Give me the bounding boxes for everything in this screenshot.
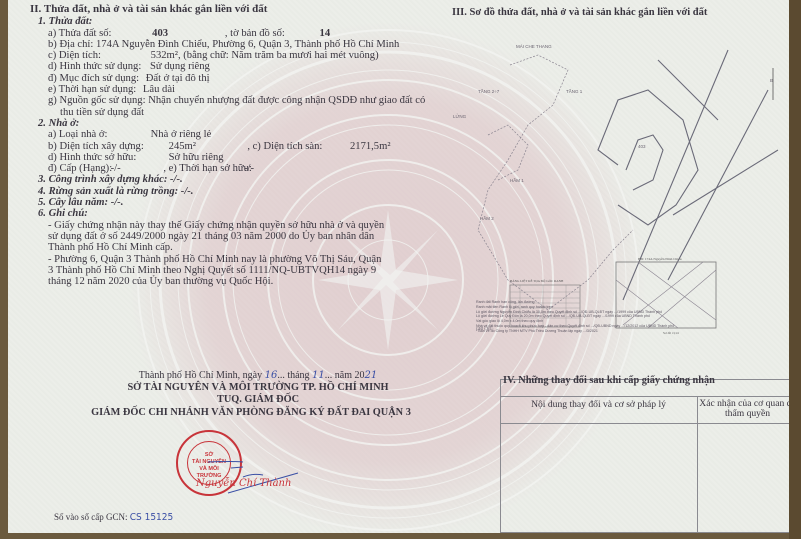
house-type-value: Nhà ở riêng lẻ <box>151 129 212 140</box>
ownership-term-value: -/- <box>244 163 254 174</box>
ownership-row: d) Hình thức sở hữu: Sở hữu riêng <box>30 152 410 163</box>
label-mezzanine: LỬNG <box>453 113 467 119</box>
build-area-label: b) Diện tích xây dựng: <box>48 141 166 152</box>
section-2-land-house: II. Thửa đất, nhà ở và tài sản khác gắn … <box>30 4 410 287</box>
production-forest: 4. Rừng sản xuất là rừng trồng: -/-. <box>30 186 410 197</box>
map-sheet-number: 14 <box>288 28 331 39</box>
floor-area-value: 2171,5m² <box>350 141 391 152</box>
label-floor-2-7: TẦNG 2÷7 <box>478 88 500 94</box>
parcel-number: 403 <box>114 28 222 39</box>
floor-area-label: , c) Diện tích sàn: <box>247 141 347 152</box>
other-construction: 3. Công trình xây dựng khác: -/-. <box>30 174 410 185</box>
label-basement-1: HẦM 1 <box>510 177 524 183</box>
perennial-trees: 5. Cây lâu năm: -/-. <box>30 197 410 208</box>
section-4-title: IV. Những thay đổi sau khi cấp giấy chứn… <box>503 375 715 386</box>
origin-continued: thu tiền sử dụng đất <box>30 107 410 118</box>
month-handwritten: 11 <box>312 370 325 381</box>
changes-col-content: Nội dung thay đổi và cơ sở pháp lý <box>501 397 696 410</box>
place-date: Thành phố Hồ Chí Minh, ngày 16... tháng … <box>88 370 428 382</box>
purpose-label: đ) Mục đích sử dụng: <box>48 73 139 84</box>
section-3-title: III. Sơ đồ thửa đất, nhà ở và tài sản kh… <box>452 7 707 18</box>
area-value: 532m², (bằng chữ: Năm trăm ba mươi hai m… <box>151 50 379 61</box>
area-row: c) Diện tích: 532m², (bằng chữ: Năm trăm… <box>30 50 410 61</box>
changes-table: Nội dung thay đổi và cơ sở pháp lý Xác n… <box>500 379 792 533</box>
signature-scrawl <box>183 455 303 495</box>
table-edge <box>789 0 801 539</box>
notes-heading: 6. Ghi chú: <box>30 208 410 219</box>
term-row: e) Thời hạn sử dụng: Lâu dài <box>30 84 410 95</box>
serial-number: CS 15125 <box>130 512 173 523</box>
term-value: Lâu dài <box>139 84 175 95</box>
origin-row: g) Nguồn gốc sử dụng: Nhận chuyển nhượng… <box>30 95 410 106</box>
diagram-legend-notes: Ranh đất Ranh hạn công, lấn đường Ranh m… <box>476 300 792 334</box>
house-type-row: a) Loại nhà ở: Nhà ở riêng lẻ <box>30 129 410 140</box>
section-2-title: II. Thửa đất, nhà ở và tài sản khác gắn … <box>30 4 410 15</box>
address-row: b) Địa chỉ: 174A Nguyễn Đình Chiểu, Phườ… <box>30 39 410 50</box>
signer-position: GIÁM ĐỐC CHI NHÁNH VĂN PHÒNG ĐĂNG KÝ ĐẤT… <box>74 407 428 419</box>
build-area-value: 245m² <box>169 141 245 152</box>
grade-value: -/- <box>111 163 161 174</box>
changes-table-header: Nội dung thay đổi và cơ sở pháp lý Xác n… <box>501 396 792 424</box>
on-behalf-of: TUQ. GIÁM ĐỐC <box>88 394 428 406</box>
ownership-term-label: , e) Thời hạn sở hữu: <box>163 163 241 174</box>
use-form-label: d) Hình thức sử dụng: <box>48 61 141 72</box>
year-handwritten: 21 <box>365 370 378 381</box>
site-map-title: HĐ: 174A Nguyễn Đình Chiểu <box>638 256 682 261</box>
origin-value: Nhận chuyển nhượng đất được công nhận QS… <box>148 95 425 106</box>
origin-label: g) Nguồn gốc sử dụng: <box>48 95 146 106</box>
ownership-value: Sở hữu riêng <box>169 152 224 163</box>
grade-label: đ) Cấp (Hạng): <box>48 163 108 174</box>
note-1: - Giấy chứng nhận này thay thế Giấy chứn… <box>30 220 388 254</box>
map-sheet-label: , tờ bản đồ số: <box>225 28 285 39</box>
term-label: e) Thời hạn sử dụng: <box>48 84 136 95</box>
parcel-row: a) Thửa đất số: 403 , tờ bản đồ số: 14 <box>30 28 410 39</box>
use-form-value: Sử dụng riêng <box>144 61 210 72</box>
label-basement-2: HẦM 2 <box>480 215 494 221</box>
note-2: - Phường 6, Quận 3 Thành phố Hồ Chí Minh… <box>30 254 388 288</box>
label-floor-1: TẦNG 1 <box>566 88 583 94</box>
signature-block: Thành phố Hồ Chí Minh, ngày 16... tháng … <box>88 370 428 419</box>
coord-table-title: BẢNG LIỆT KÊ TỌA ĐỘ GÓC RANH <box>510 278 564 283</box>
purpose-value: Đất ở tại đô thị <box>142 73 210 84</box>
house-type-label: a) Loại nhà ở: <box>48 129 148 140</box>
signer-name: Nguyễn Chí Thành <box>196 478 291 489</box>
changes-column-divider <box>697 422 698 532</box>
area-label: c) Diện tích: <box>48 50 148 61</box>
house-heading: 2. Nhà ở: <box>30 118 410 129</box>
address-label: b) Địa chỉ: <box>48 39 93 50</box>
ownership-label: d) Hình thức sở hữu: <box>48 152 166 163</box>
changes-col-confirmation: Xác nhận của cơ quan có thẩm quyền <box>697 397 792 423</box>
label-roof: MÁI CHE THANG <box>516 43 552 49</box>
grade-row: đ) Cấp (Hạng): -/- , e) Thời hạn sở hữu:… <box>30 163 410 174</box>
issuing-agency: SỞ TÀI NGUYÊN VÀ MÔI TRƯỜNG TP. HỒ CHÍ M… <box>88 382 428 394</box>
north-arrow-label: B <box>770 78 773 83</box>
use-form-row: d) Hình thức sử dụng: Sử dụng riêng <box>30 61 410 72</box>
label-parcel-number: 403 <box>638 144 646 149</box>
address-value: 174A Nguyễn Đình Chiểu, Phường 6, Quận 3… <box>96 39 399 50</box>
certificate-page: II. Thửa đất, nhà ở và tài sản khác gắn … <box>8 0 792 533</box>
purpose-row: đ) Mục đích sử dụng: Đất ở tại đô thị <box>30 73 410 84</box>
build-area-row: b) Diện tích xây dựng: 245m² , c) Diện t… <box>30 141 410 152</box>
parcel-label: a) Thửa đất số: <box>48 28 112 39</box>
registration-serial: Số vào sổ cấp GCN: CS 15125 <box>54 512 173 523</box>
land-heading: 1. Thửa đất: <box>30 16 410 27</box>
day-handwritten: 16 <box>265 370 278 381</box>
